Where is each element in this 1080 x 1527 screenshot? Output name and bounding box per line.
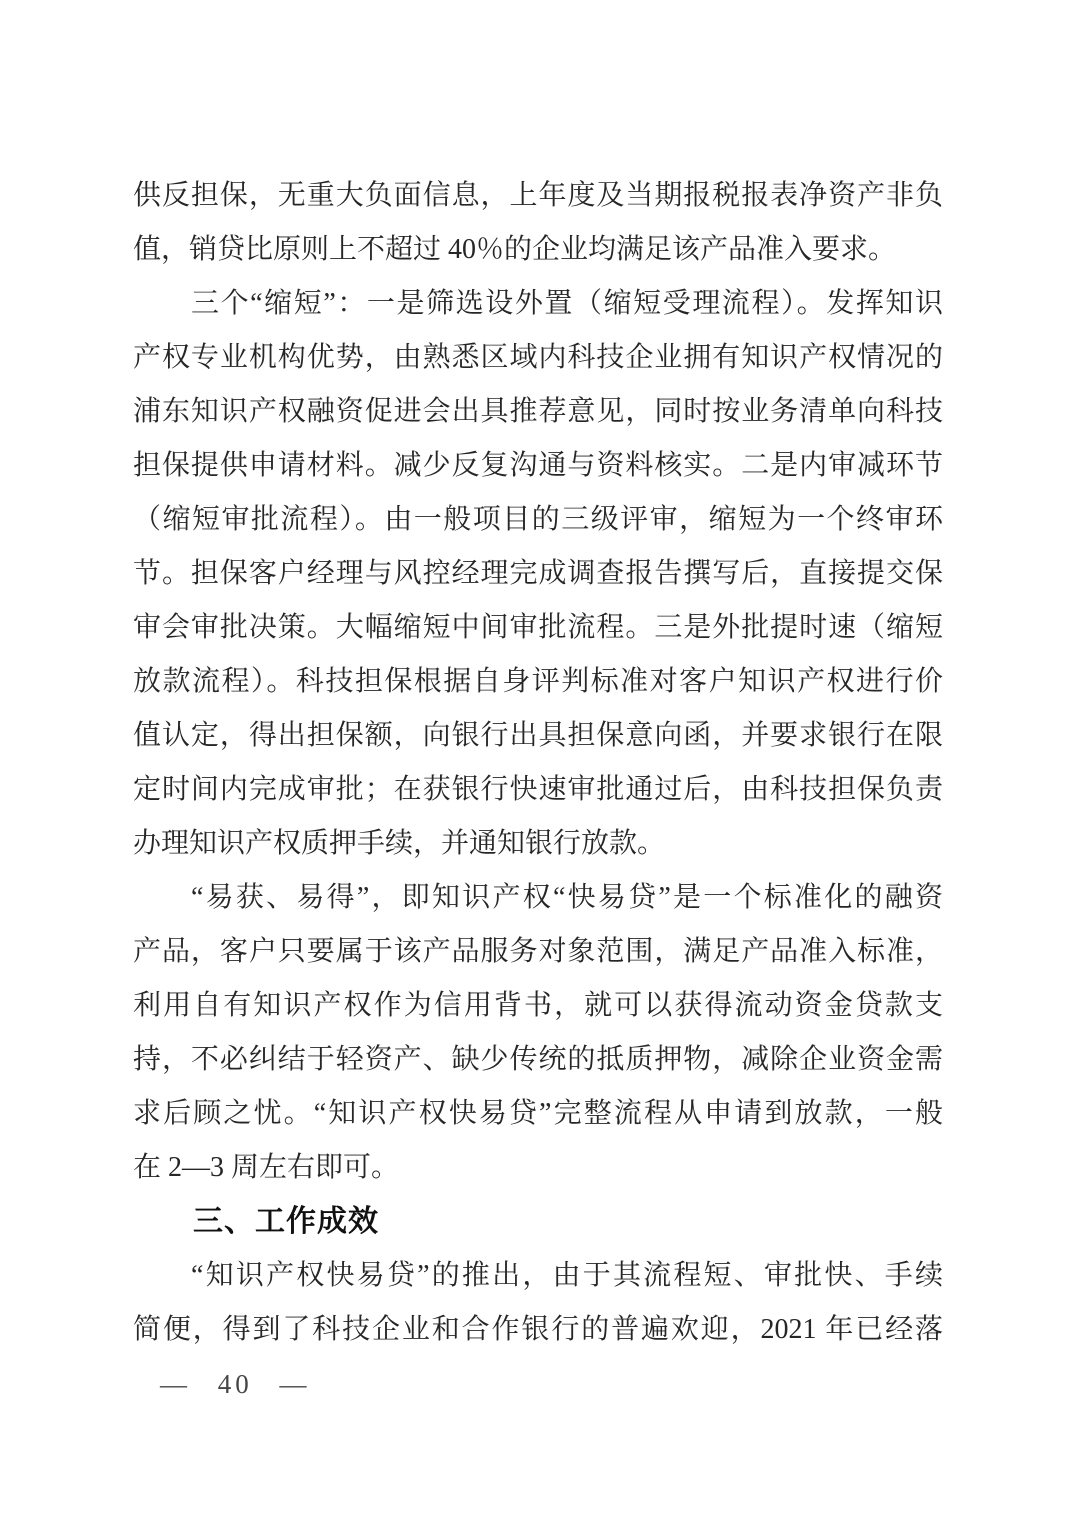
body-text-line: 产品，客户只要属于该产品服务对象范围，满足产品准入标准， [133, 925, 943, 979]
body-text-line: 三个“缩短”：一是筛选设外置（缩短受理流程）。发挥知识 [133, 277, 943, 331]
text-content: 供反担保，无重大负面信息，上年度及当期报税报表净资产非负 值，销贷比原则上不超过… [133, 169, 943, 1357]
body-text-line: 值认定，得出担保额，向银行出具担保意向函，并要求银行在限 [133, 709, 943, 763]
body-text-line: 担保提供申请材料。减少反复沟通与资料核实。二是内审减环节 [133, 439, 943, 493]
body-text-line: 办理知识产权质押手续，并通知银行放款。 [133, 817, 943, 871]
section-heading: 三、工作成效 [133, 1195, 943, 1249]
body-text-line: 审会审批决策。大幅缩短中间审批流程。三是外批提时速（缩短 [133, 601, 943, 655]
body-text-line: “知识产权快易贷”的推出，由于其流程短、审批快、手续 [133, 1249, 943, 1303]
body-text-line: （缩短审批流程）。由一般项目的三级评审，缩短为一个终审环 [133, 493, 943, 547]
body-text-line: 简便，得到了科技企业和合作银行的普遍欢迎，2021 年已经落 [133, 1303, 943, 1357]
body-text-line: 值，销贷比原则上不超过 40％的企业均满足该产品准入要求。 [133, 223, 943, 277]
document-page: 供反担保，无重大负面信息，上年度及当期报税报表净资产非负 值，销贷比原则上不超过… [0, 0, 1080, 1527]
body-text-line: 节。担保客户经理与风控经理完成调查报告撰写后，直接提交保 [133, 547, 943, 601]
body-text-line: 产权专业机构优势，由熟悉区域内科技企业拥有知识产权情况的 [133, 331, 943, 385]
body-text-line: 浦东知识产权融资促进会出具推荐意见，同时按业务清单向科技 [133, 385, 943, 439]
body-text-line: “易获、易得”，即知识产权“快易贷”是一个标准化的融资 [133, 871, 943, 925]
body-text-line: 利用自有知识产权作为信用背书，就可以获得流动资金贷款支 [133, 979, 943, 1033]
body-text-line: 在 2—3 周左右即可。 [133, 1141, 943, 1195]
body-text-line: 求后顾之忧。“知识产权快易贷”完整流程从申请到放款，一般 [133, 1087, 943, 1141]
body-text-line: 供反担保，无重大负面信息，上年度及当期报税报表净资产非负 [133, 169, 943, 223]
body-text-line: 定时间内完成审批；在获银行快速审批通过后，由科技担保负责 [133, 763, 943, 817]
page-number: — 40 — [160, 1357, 311, 1411]
body-text-line: 放款流程）。科技担保根据自身评判标准对客户知识产权进行价 [133, 655, 943, 709]
body-text-line: 持，不必纠结于轻资产、缺少传统的抵质押物，减除企业资金需 [133, 1033, 943, 1087]
